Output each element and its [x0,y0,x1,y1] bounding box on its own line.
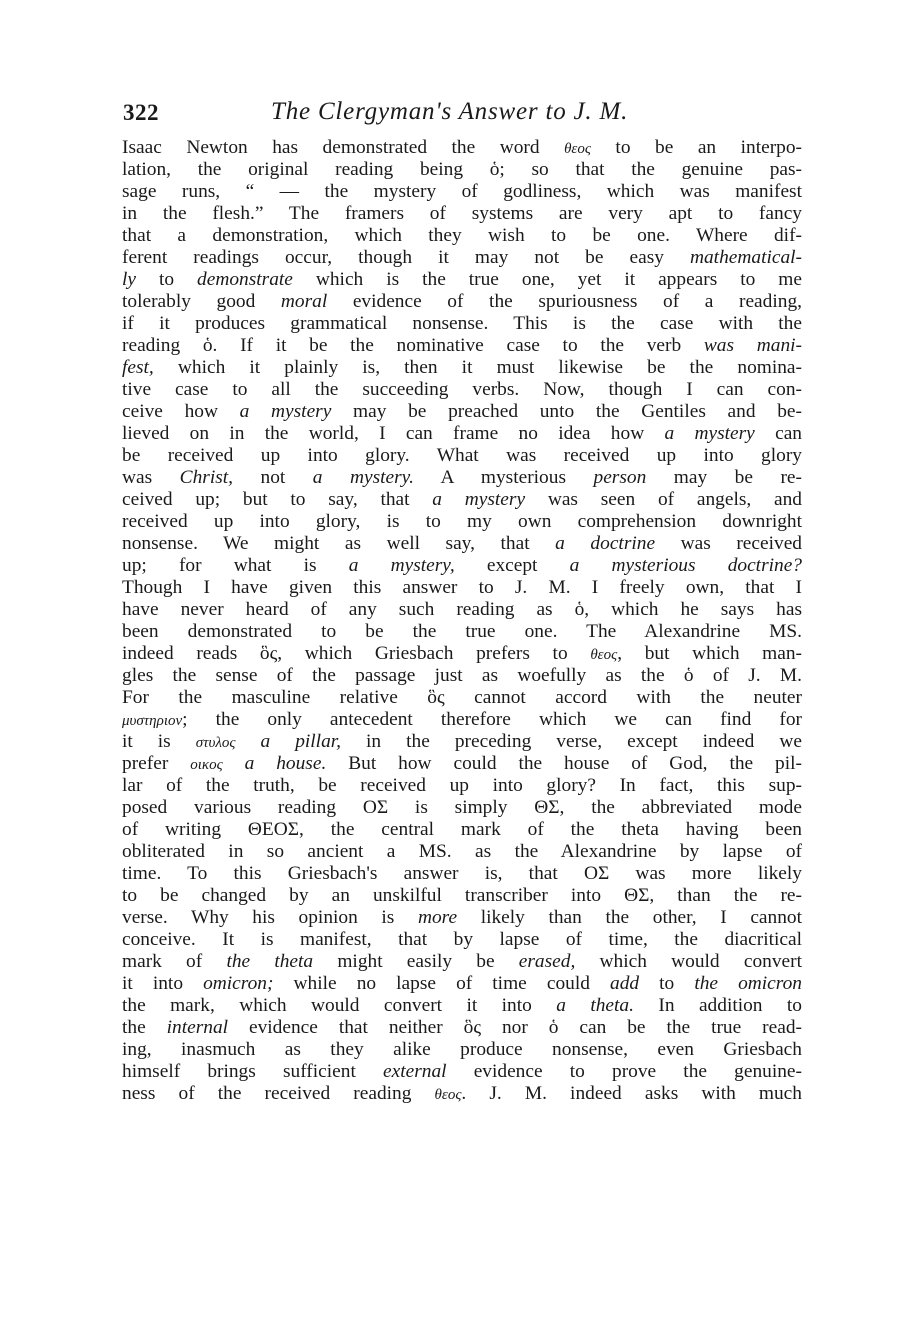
italic-text: moral [281,291,327,312]
italic-text: a pillar, [261,731,342,752]
text-line: the mark, which would convert it into a … [122,995,802,1017]
text-run: in the preceding verse, except indeed we [341,731,802,752]
italic-text: a mystery [665,423,755,444]
text-run: lation, the original reading being ὁ; so… [122,159,802,180]
italic-text: a house. [245,753,327,774]
text-run: the [122,1017,167,1038]
text-line: obliterated in so ancient a MS. as the A… [122,841,802,863]
italic-text: a theta. [556,995,634,1016]
italic-text: the omicron [694,973,802,994]
text-line: was Christ, not a mystery. A mysterious … [122,467,802,489]
text-line: tive case to all the succeeding verbs. N… [122,379,802,401]
text-line: ceived up; but to say, that a mystery wa… [122,489,802,511]
text-run: can [755,423,802,444]
page-number: 322 [123,100,159,126]
text-run: time. To this Griesbach's answer is, tha… [122,863,802,884]
italic-text: a doctrine [555,533,655,554]
text-run: evidence to prove the genuine- [447,1061,802,1082]
text-line: up; for what is a mystery, except a myst… [122,555,802,577]
italic-text: Christ, [180,467,233,488]
text-run: posed various reading ΟΣ is simply ΘΣ, t… [122,797,802,818]
text-run: For the masculine relative ὃς cannot acc… [122,687,802,708]
text-run: to [136,269,197,290]
text-run: be received up into glory. What was rece… [122,445,802,466]
text-run: A mysterious [414,467,593,488]
text-run: may be re- [646,467,802,488]
text-line: prefer οικος a house. But how could the … [122,753,802,775]
text-line: lation, the original reading being ὁ; so… [122,159,802,181]
text-line: conceive. It is manifest, that by lapse … [122,929,802,951]
italic-text: omicron; [203,973,273,994]
text-run: obliterated in so ancient a MS. as the A… [122,841,802,862]
text-run: evidence of the spuriousness of a readin… [327,291,802,312]
text-line: received up into glory, is to my own com… [122,511,802,533]
text-line: ferent readings occur, though it may not… [122,247,802,269]
italic-text: a mystery, [349,555,455,576]
text-run [235,731,260,752]
italic-text: mathematical- [690,247,802,268]
text-run: to be an interpo- [591,137,802,158]
italic-text: external [383,1061,447,1082]
text-run: of writing ΘΕΟΣ, the central mark of the… [122,819,802,840]
italic-text: add [610,973,639,994]
italic-text: the theta [226,951,313,972]
greek-word: θεος [435,1087,462,1103]
italic-text: person [594,467,647,488]
text-run: himself brings sufficient [122,1061,383,1082]
text-run: might easily be [313,951,519,972]
text-line: ness of the received reading θεος. J. M.… [122,1083,802,1105]
text-run [223,753,245,774]
text-run: lieved on in the world, I can frame no i… [122,423,665,444]
text-run: ceived up; but to say, that [122,489,432,510]
text-run: reading ὁ. If it be the nominative case … [122,335,704,356]
text-run: In addition to [634,995,802,1016]
text-line: tolerably good moral evidence of the spu… [122,291,802,313]
text-line: ceive how a mystery may be preached unto… [122,401,802,423]
italic-text: demonstrate [197,269,293,290]
text-run: gles the sense of the passage just as wo… [122,665,802,686]
text-run: while no lapse of time could [273,973,610,994]
text-line: Isaac Newton has demonstrated the word θ… [122,137,802,159]
text-line: be received up into glory. What was rece… [122,445,802,467]
text-run: ferent readings occur, though it may not… [122,247,690,268]
text-line: if it produces grammatical nonsense. Thi… [122,313,802,335]
text-run: likely than the other, I cannot [457,907,802,928]
text-line: indeed reads ὃς, which Griesbach prefers… [122,643,802,665]
text-run: mark of [122,951,226,972]
text-run: tolerably good [122,291,281,312]
text-run: ing, inasmuch as they alike produce nons… [122,1039,802,1060]
italic-text: erased, [519,951,576,972]
text-run: lar of the truth, be received up into gl… [122,775,802,796]
text-run: was [122,467,180,488]
text-run: up; for what is [122,555,349,576]
text-line: mark of the theta might easily be erased… [122,951,802,973]
text-run: that a demonstration, which they wish to… [122,225,802,246]
text-run: ceive how [122,401,240,422]
text-line: himself brings sufficient external evide… [122,1061,802,1083]
text-run: verse. Why his opinion is [122,907,418,928]
text-run: was received [655,533,802,554]
text-run: prefer [122,753,190,774]
text-run: conceive. It is manifest, that by lapse … [122,929,802,950]
text-run: which is the true one, yet it appears to… [293,269,802,290]
book-page: 322 The Clergyman's Answer to J. M. Isaa… [0,0,905,1330]
greek-word: στυλος [196,735,236,751]
text-line: nonsense. We might as well say, that a d… [122,533,802,555]
text-run: it is [122,731,196,752]
text-run: Though I have given this answer to J. M.… [122,577,802,598]
text-run: except [455,555,570,576]
italic-text: ly [122,269,136,290]
text-line: For the masculine relative ὃς cannot acc… [122,687,802,709]
text-run: ness of the received reading [122,1083,435,1104]
text-line: Though I have given this answer to J. M.… [122,577,802,599]
text-line: time. To this Griesbach's answer is, tha… [122,863,802,885]
text-line: verse. Why his opinion is more likely th… [122,907,802,929]
text-run: received up into glory, is to my own com… [122,511,802,532]
text-run: tive case to all the succeeding verbs. N… [122,379,802,400]
text-run: which would convert [575,951,802,972]
text-run: ; the only antecedent therefore which we… [182,709,802,730]
italic-text: fest, [122,357,154,378]
text-line: gles the sense of the passage just as wo… [122,665,802,687]
italic-text: a mystery. [313,467,414,488]
body-text: Isaac Newton has demonstrated the word θ… [122,137,802,1105]
text-run: not [233,467,313,488]
italic-text: more [418,907,457,928]
text-run: to [639,973,694,994]
italic-text: was mani- [704,335,802,356]
text-line: been demonstrated to be the true one. Th… [122,621,802,643]
text-run: , but which man- [617,643,802,664]
text-run: But how could the house of God, the pil- [326,753,802,774]
text-run: have never heard of any such reading as … [122,599,802,620]
text-run: nonsense. We might as well say, that [122,533,555,554]
text-run: evidence that neither ὃς nor ὁ can be th… [228,1017,802,1038]
text-line: it is στυλος a pillar, in the preceding … [122,731,802,753]
text-line: lieved on in the world, I can frame no i… [122,423,802,445]
text-run: if it produces grammatical nonsense. Thi… [122,313,802,334]
text-line: it into omicron; while no lapse of time … [122,973,802,995]
text-run: in the flesh.” The framers of systems ar… [122,203,802,224]
text-line: of writing ΘΕΟΣ, the central mark of the… [122,819,802,841]
text-line: sage runs, “ — the mystery of godliness,… [122,181,802,203]
text-line: reading ὁ. If it be the nominative case … [122,335,802,357]
text-line: have never heard of any such reading as … [122,599,802,621]
text-line: to be changed by an unskilful transcribe… [122,885,802,907]
italic-text: a mystery [432,489,525,510]
text-line: μυστηριον; the only antecedent therefore… [122,709,802,731]
text-run: the mark, which would convert it into [122,995,556,1016]
running-head: 322 The Clergyman's Answer to J. M. [123,98,803,128]
text-run: sage runs, “ — the mystery of godliness,… [122,181,802,202]
text-run: been demonstrated to be the true one. Th… [122,621,802,642]
italic-text: internal [167,1017,228,1038]
text-run: which it plainly is, then it must likewi… [154,357,802,378]
text-line: ing, inasmuch as they alike produce nons… [122,1039,802,1061]
text-line: the internal evidence that neither ὃς no… [122,1017,802,1039]
text-run: indeed reads ὃς, which Griesbach prefers… [122,643,590,664]
text-run: may be preached unto the Gentiles and be… [331,401,802,422]
text-line: posed various reading ΟΣ is simply ΘΣ, t… [122,797,802,819]
greek-word: θεος [564,141,591,157]
text-run: . J. M. indeed asks with much [461,1083,802,1104]
greek-word: οικος [190,757,222,773]
text-run: Isaac Newton has demonstrated the word [122,137,564,158]
text-line: lar of the truth, be received up into gl… [122,775,802,797]
italic-text: a mysterious doctrine? [570,555,802,576]
greek-word: θεος [590,647,617,663]
text-line: ly to demonstrate which is the true one,… [122,269,802,291]
text-run: it into [122,973,203,994]
text-run: to be changed by an unskilful transcribe… [122,885,802,906]
greek-word: μυστηριον [122,713,182,729]
text-run: was seen of angels, and [525,489,802,510]
text-line: that a demonstration, which they wish to… [122,225,802,247]
text-line: fest, which it plainly is, then it must … [122,357,802,379]
italic-text: a mystery [240,401,332,422]
running-title: The Clergyman's Answer to J. M. [271,98,628,126]
text-line: in the flesh.” The framers of systems ar… [122,203,802,225]
